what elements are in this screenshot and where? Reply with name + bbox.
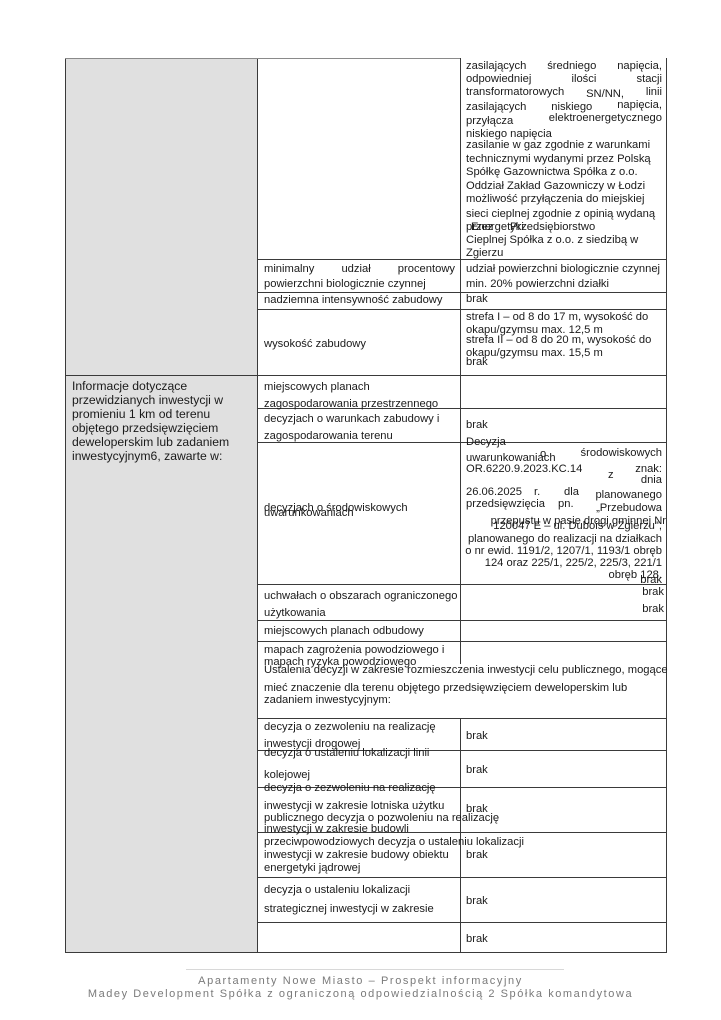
label-line: mapach zagrożenia powodziowego i — [264, 644, 444, 656]
text-fragment: średniego — [547, 60, 596, 73]
text-line: sieci cieplnej zgodnie z opinią wydaną — [466, 208, 655, 221]
value-fragment: pn. — [558, 498, 574, 511]
text-fragment: transformatorowych — [466, 86, 564, 99]
left-column-top-shading — [65, 59, 257, 375]
param-intensity-label: nadziemna intensywność zabudowy — [264, 294, 442, 307]
label-line: miejscowych planach — [264, 379, 438, 396]
text-fragment: odpowiedniej — [466, 73, 531, 86]
gas-supply-text: zasilanie w gaz zgodnie z warunkami tech… — [466, 139, 651, 193]
value-fragment: OR.6220.9.2023.KC.14 — [466, 463, 582, 476]
utility-electric-text: zasilających średniego napięcia, odpowie… — [466, 60, 662, 138]
text-fragment: ilości — [571, 73, 596, 86]
text-line: Zgierzu — [466, 247, 655, 260]
footer-title: Apartamenty Nowe Miasto – Prospekt infor… — [0, 975, 721, 988]
table-right-border-top — [666, 58, 667, 664]
public-row-last-value: brak — [466, 933, 488, 946]
heading-line: deweloperskim lub zadaniem — [72, 435, 229, 449]
label-line: użytkowania — [264, 605, 457, 622]
param-bio-area-value: udział powierzchni biologicznie czynnej … — [466, 263, 660, 289]
label-line: decyzja o ustaleniu lokalizacji — [264, 881, 434, 900]
label-line: decyzjach o warunkach zabudowy i — [264, 411, 439, 428]
value-fragment: z — [608, 469, 614, 482]
text-line: Spółkę Gazownictwa Spółka z o.o. — [466, 166, 651, 180]
row-divider — [257, 877, 666, 878]
param-height-label: wysokość zabudowy — [264, 338, 366, 351]
row-divider — [257, 584, 666, 585]
text-fragment: zasilających — [466, 60, 526, 73]
value-fragment: Decyzja — [466, 436, 506, 449]
label-line: zagospodarowania terenu — [264, 428, 439, 445]
row-divider — [257, 922, 666, 923]
public-row-railway-value: brak — [466, 764, 488, 777]
text-fragment: przyłącza — [466, 115, 513, 128]
public-purpose-heading: Ustalenia decyzji w zakresie rozmieszcze… — [264, 664, 668, 703]
heading-line: inwestycyjnym6, zawarte w: — [72, 449, 229, 463]
label-line: energetyki jądrowej — [264, 862, 524, 875]
text-fragment: napięcia, — [617, 99, 662, 112]
text-line: zasilanie w gaz zgodnie z warunkami — [466, 139, 651, 153]
label-line: strategicznej inwestycji w zakresie — [264, 900, 434, 919]
public-row-road-value: brak — [466, 730, 488, 743]
value-fragment: środowiskowych — [581, 447, 662, 460]
param-height-value: strefa I – od 8 do 17 m, wysokość do oka… — [466, 312, 651, 370]
public-row-airport-value: brak — [466, 803, 488, 816]
footer-divider — [186, 969, 564, 970]
row-local-plans-label: miejscowych planach zagospodarowania prz… — [264, 379, 438, 413]
section-divider — [65, 375, 666, 376]
heading-line: Informacje dotyczące — [72, 379, 229, 393]
heading-line: promieniu 1 km od terenu — [72, 407, 229, 421]
label-line: decyzja o ustaleniu lokalizacji linii — [264, 744, 429, 763]
row-reconstruction-plans-label: miejscowych planach odbudowy — [264, 625, 424, 638]
row-zoning-decisions-value: brak — [466, 419, 488, 432]
label-line: decyzja o zezwoleniu na realizację — [264, 719, 436, 736]
label-line: inwestycji w zakresie budowli — [264, 822, 499, 836]
row-divider — [257, 292, 666, 293]
row-divider — [257, 309, 666, 310]
text-fragment: linii — [646, 86, 662, 99]
row-restricted-use-value-1: brak — [642, 586, 664, 599]
public-row-strategic-label: decyzja o ustaleniu lokalizacji strategi… — [264, 881, 434, 919]
row-divider — [257, 641, 666, 642]
heat-opinion-text: sieci cieplnej zgodnie z opinią wydaną p… — [466, 208, 655, 260]
value-fragment: 120047 E – ul. Dubois w Zgierzu", — [493, 520, 662, 533]
public-row-strategic-value: brak — [466, 895, 488, 908]
text-line: technicznymi wydanymi przez Polską — [466, 153, 651, 167]
row-restricted-use-label: uchwałach o obszarach ograniczonego użyt… — [264, 588, 457, 622]
text-fragment: stacji — [637, 73, 663, 86]
investments-section-heading: Informacje dotyczące przewidzianych inwe… — [72, 379, 229, 463]
heat-connection-text: możliwość przyłączenia do miejskiej — [466, 193, 644, 206]
heading-line: zadaniem inwestycyjnym: — [264, 694, 668, 707]
table-left-border — [65, 58, 66, 953]
value-line: strefa II – od 8 do 20 m, wysokość do — [466, 335, 651, 347]
row-env-decisions-value: Decyzja uwarunkowaniach o środowiskowych… — [466, 436, 662, 584]
text-line: Cieplnej Spółka z o.o. z siedzibą w — [466, 234, 655, 247]
text-line: Oddział Zakład Gazowniczy w Łodzi — [466, 180, 651, 194]
heading-line: objętego przedsięwzięciem — [72, 421, 229, 435]
table-right-border-bottom — [666, 664, 667, 953]
col2-left-border — [257, 58, 258, 953]
text-fragment: Przedsiębiorstwo — [510, 221, 595, 234]
label-line: przeciwpowodziowych decyzja o ustaleniu … — [264, 836, 524, 849]
col3-left-border-top — [460, 58, 461, 664]
param-intensity-value: brak — [466, 293, 488, 306]
public-row-airport-label: decyzja o zezwoleniu na realizację inwes… — [264, 781, 499, 837]
text-fragment: napięcia, — [617, 60, 662, 73]
value-fragment: o — [540, 448, 546, 461]
footer-company: Madey Development Spółka z ograniczoną o… — [0, 988, 721, 1001]
label-line: decyzja o zezwoleniu na realizację — [264, 781, 499, 795]
row-env-decisions-label-overlap: uwarunkowaniach — [264, 507, 354, 520]
heading-line: przewidzianych inwestycji w — [72, 393, 229, 407]
value-line: udział powierzchni biologicznie czynnej — [466, 263, 660, 276]
param-bio-area-label: minimalnyudziałprocentowy powierzchni bi… — [264, 263, 455, 289]
value-fragment: dnia — [641, 474, 662, 487]
value-fragment: planowanego — [595, 489, 662, 502]
heading-line: Ustalenia decyzji w zakresie rozmieszcze… — [264, 664, 668, 677]
public-row-nuclear-value: brak — [466, 849, 488, 862]
label-line: minimalnyudziałprocentowy — [264, 263, 455, 276]
table-bottom-border — [65, 952, 666, 953]
label-line: uchwałach o obszarach ograniczonego — [264, 588, 457, 605]
label-line: powierzchni biologicznie czynnej — [264, 278, 455, 291]
value-fragment: „Przebudowa — [596, 502, 662, 515]
value-line: min. 20% powierzchni działki — [466, 278, 660, 291]
value-fragment: przedsięwzięcia — [466, 498, 545, 511]
value-line: strefa I – od 8 do 17 m, wysokość do — [466, 312, 651, 324]
row-restricted-use-value-2: brak — [642, 603, 664, 616]
text-fragment: elektroenergetycznego — [549, 112, 662, 125]
row-zoning-decisions-label: decyzjach o warunkach zabudowy i zagospo… — [264, 411, 439, 445]
value-line: brak — [466, 357, 651, 369]
table-top-border — [65, 58, 460, 59]
